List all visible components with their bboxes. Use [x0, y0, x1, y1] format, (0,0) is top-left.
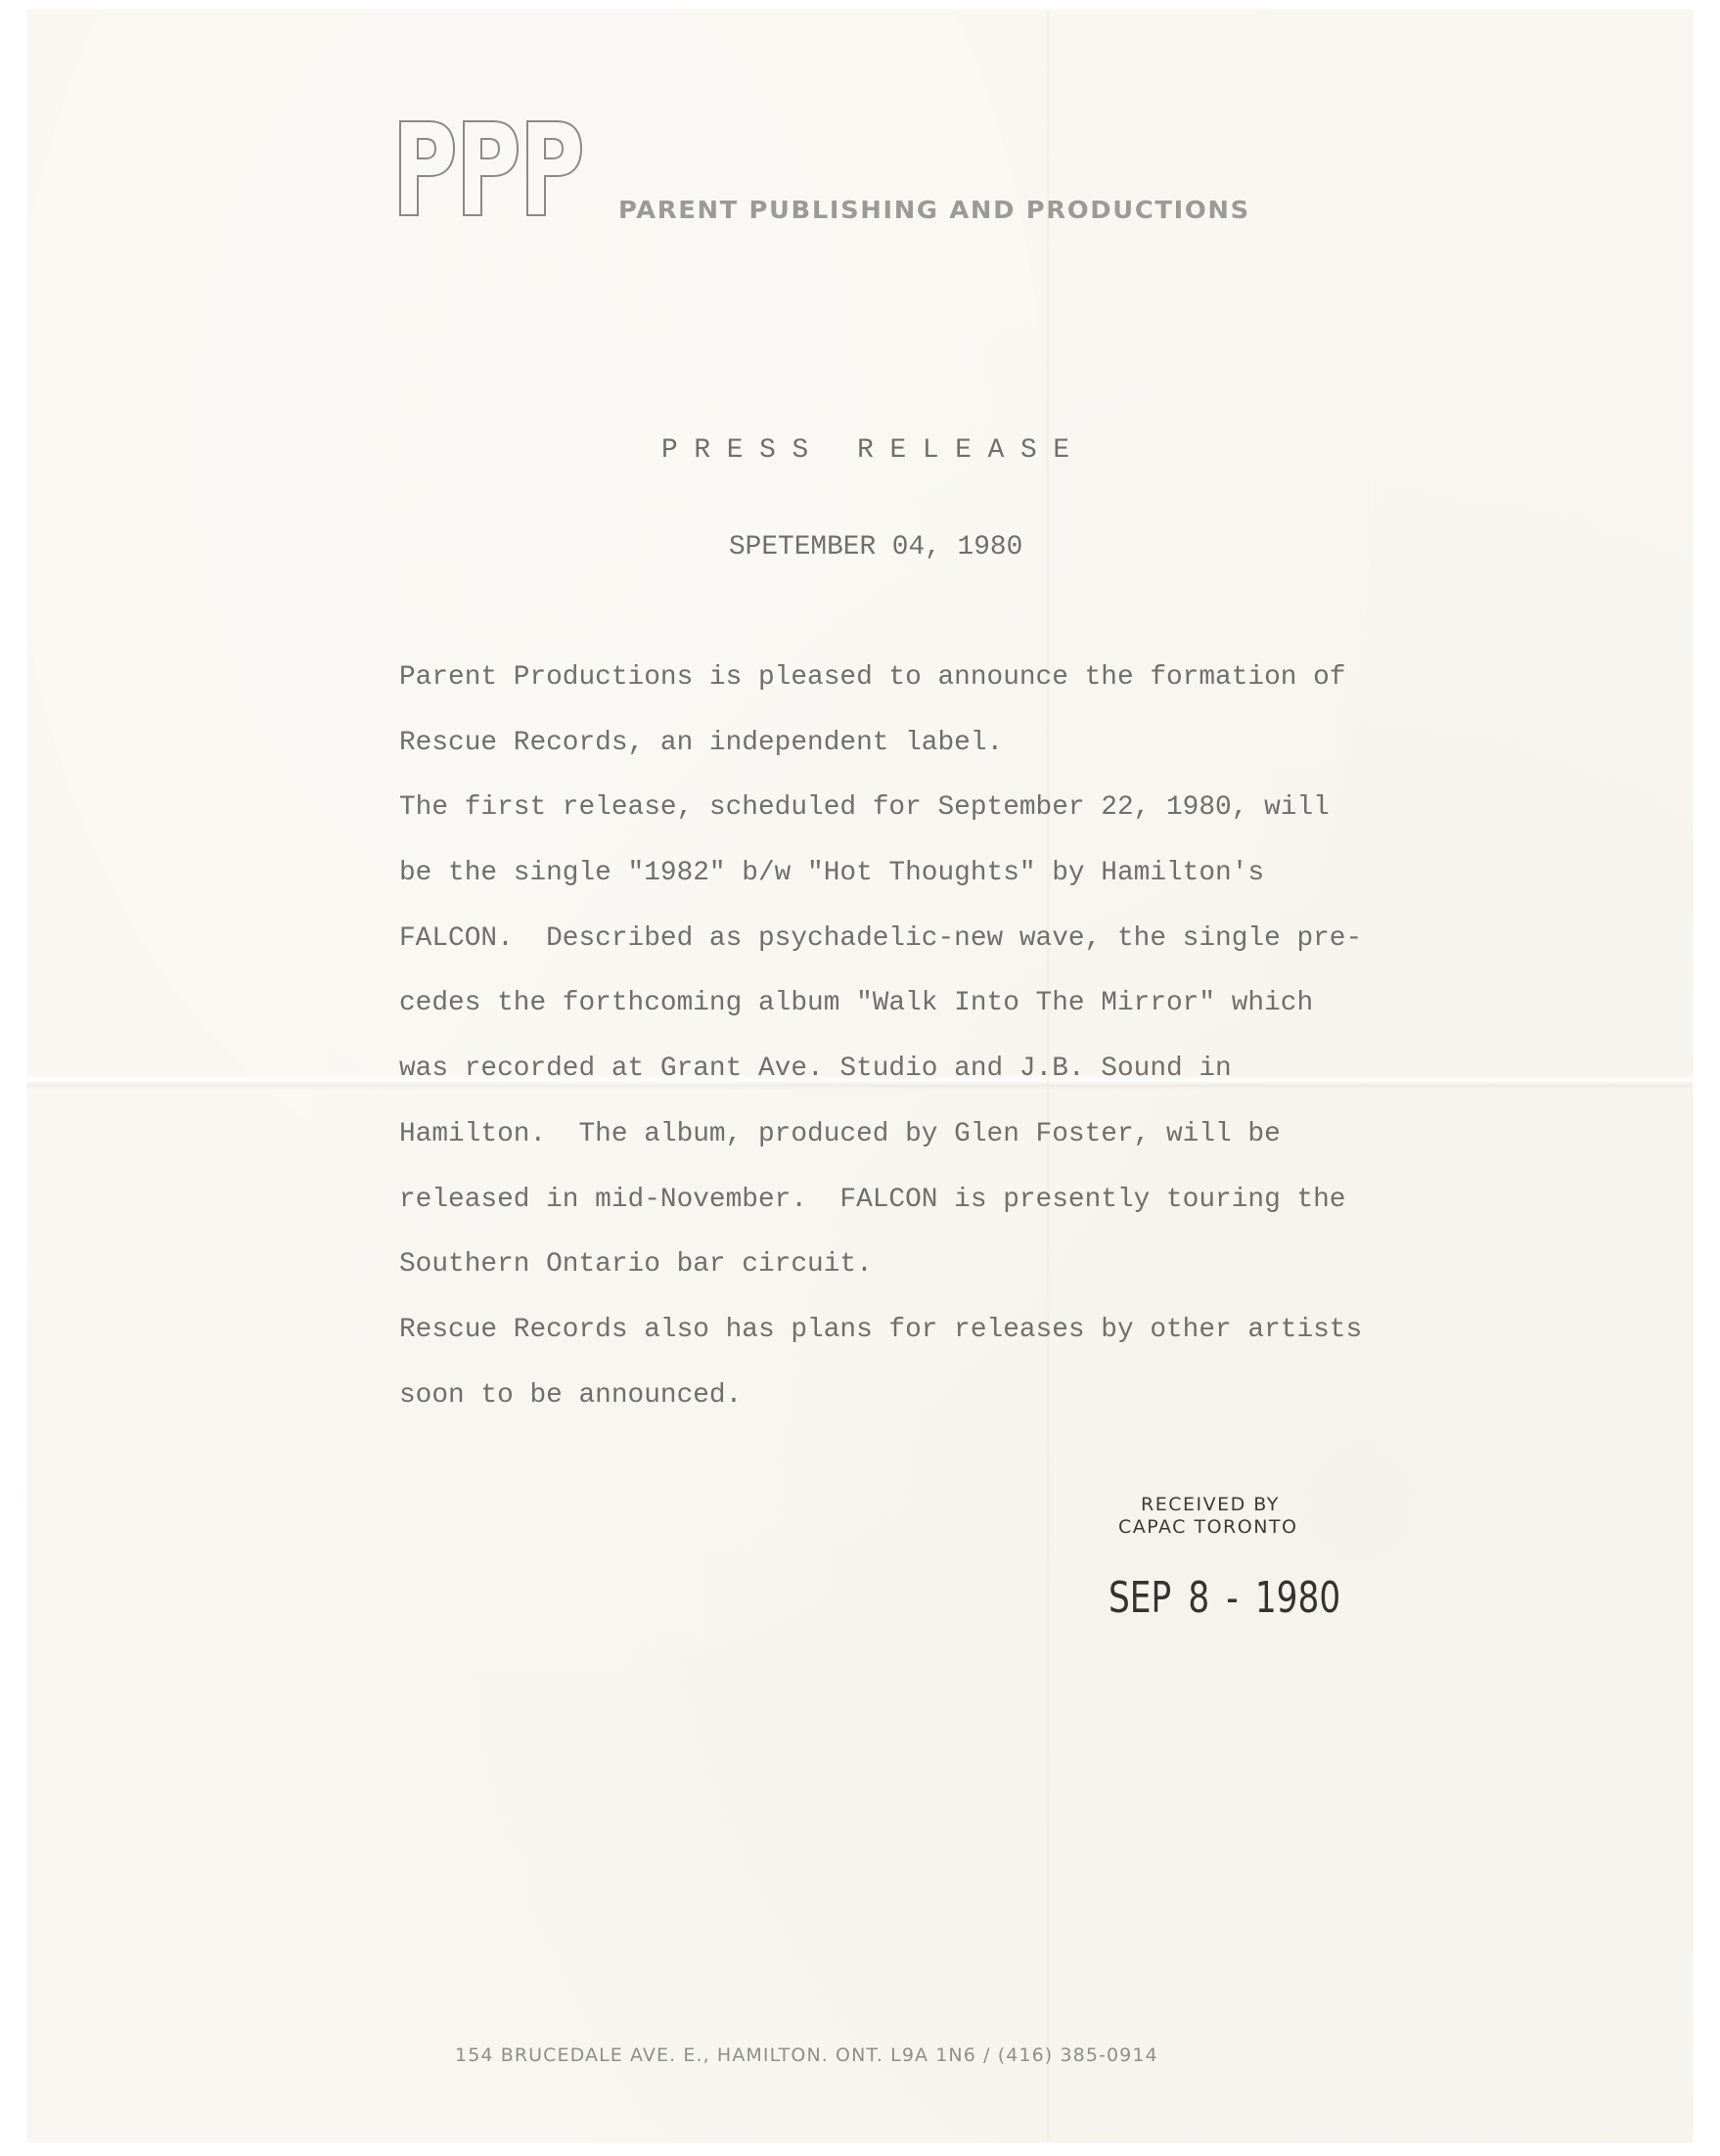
body-line: The first release, scheduled for Septemb…	[399, 796, 1362, 862]
body-line: Rescue Records, an independent label.	[399, 732, 1362, 797]
received-stamp-line2: CAPAC TORONTO	[1118, 1516, 1297, 1538]
body-line: Rescue Records also has plans for releas…	[399, 1319, 1362, 1384]
received-stamp-date: SEP 8 - 1980	[1109, 1573, 1340, 1623]
body-line: Parent Productions is pleased to announc…	[399, 666, 1362, 732]
press-release-title: P R E S S R E L E A S E	[661, 437, 1069, 465]
body-line: FALCON. Described as psychadelic-new wav…	[399, 927, 1362, 993]
body-line: soon to be announced.	[399, 1384, 1362, 1450]
press-release-body: Parent Productions is pleased to announc…	[399, 666, 1362, 1449]
footer-address: 154 BRUCEDALE AVE. E., HAMILTON. ONT. L9…	[455, 2044, 1158, 2066]
ppp-logo-icon	[396, 117, 584, 219]
logo-letter-p-icon	[396, 117, 457, 219]
body-line: cedes the forthcoming album "Walk Into T…	[399, 992, 1362, 1057]
logo-letter-p-icon	[460, 117, 521, 219]
company-name: PARENT PUBLISHING AND PRODUCTIONS	[618, 196, 1250, 224]
received-stamp-line1: RECEIVED BY	[1141, 1494, 1280, 1515]
body-line: released in mid-November. FALCON is pres…	[399, 1189, 1362, 1254]
logo-letter-p-icon	[523, 117, 584, 219]
body-line: was recorded at Grant Ave. Studio and J.…	[399, 1057, 1362, 1123]
body-line: be the single "1982" b/w "Hot Thoughts" …	[399, 862, 1362, 927]
body-line: Southern Ontario bar circuit.	[399, 1253, 1362, 1319]
body-line: Hamilton. The album, produced by Glen Fo…	[399, 1123, 1362, 1189]
press-release-date: SPETEMBER 04, 1980	[729, 534, 1022, 561]
